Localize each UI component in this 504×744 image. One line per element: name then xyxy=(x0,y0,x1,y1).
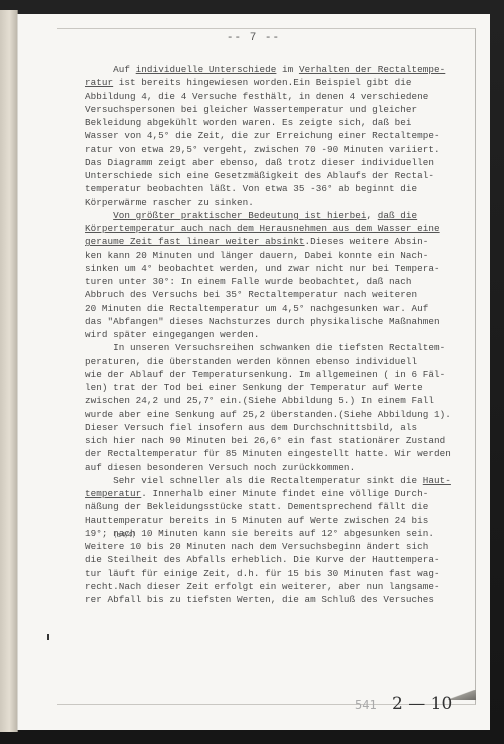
text-segment: Das Diagramm zeigt aber ebenso, daß trot… xyxy=(85,157,434,168)
text-line: sinken um 4° beobachtet werden, und zwar… xyxy=(85,262,485,275)
text-segment: zwischen 24,2 und 25,7° ein.(Siehe Abbil… xyxy=(85,395,434,406)
text-segment: sich hier nach 90 Minuten bei 26,6° ein … xyxy=(85,435,445,446)
text-segment: näßung der Bekleidungsstücke statt. Deme… xyxy=(85,501,428,512)
text-line: Abbildung 4, die 4 Versuche festhält, in… xyxy=(85,90,485,103)
text-segment: recht.Nach dieser Zeit erfolgt ein weite… xyxy=(85,581,440,592)
text-line: ken kann 20 Minuten und länger dauern, D… xyxy=(85,249,485,262)
text-segment: ratur von etwa 29,5° vergeht, zwischen 7… xyxy=(85,144,440,155)
text-line: das "Abfangen" dieses Nachsturzes durch … xyxy=(85,315,485,328)
text-segment: Sehr viel schneller als die Rectaltemper… xyxy=(85,475,423,486)
binding-strip xyxy=(0,10,18,732)
underlined-text: geraume Zeit fast linear weiter absinkt xyxy=(85,236,305,247)
text-segment: auf diesen besonderen Versuch noch zurüc… xyxy=(85,462,355,473)
text-segment: turen unter 30°: In einem Falle wurde be… xyxy=(85,276,411,287)
text-segment: das "Abfangen" dieses Nachsturzes durch … xyxy=(85,316,440,327)
text-segment: Bekleidung abgekühlt worden waren. Es ze… xyxy=(85,117,411,128)
underlined-text: Körpertemperatur auch nach dem Herausneh… xyxy=(85,223,440,234)
text-segment: .Dieses weitere Absin- xyxy=(305,236,429,247)
text-line: Körperwärme rascher zu sinken. xyxy=(85,196,485,209)
text-line: zwischen 24,2 und 25,7° ein.(Siehe Abbil… xyxy=(85,394,485,407)
text-segment: peraturen, die überstanden werden können… xyxy=(85,356,417,367)
underlined-text: daß die xyxy=(378,210,417,221)
text-line: sich hier nach 90 Minuten bei 26,6° ein … xyxy=(85,434,485,447)
text-segment: Körperwärme rascher zu sinken. xyxy=(85,197,254,208)
text-segment: Abbruch des Versuchs bei 35° Rectaltempe… xyxy=(85,289,417,300)
archive-page-stamp: 2 — 10 xyxy=(392,694,452,714)
underlined-text: ratur xyxy=(85,77,113,88)
body-text: Auf individuelle Unterschiede im Verhalt… xyxy=(85,63,485,606)
text-segment xyxy=(85,210,113,221)
text-line: Von größter praktischer Bedeutung ist hi… xyxy=(85,209,485,222)
text-segment: Versuchspersonen bei gleicher Wassertemp… xyxy=(85,104,417,115)
text-line: Versuchspersonen bei gleicher Wassertemp… xyxy=(85,103,485,116)
text-line: Sehr viel schneller als die Rectaltemper… xyxy=(85,474,485,487)
text-line: der Rectaltemperatur für 85 Minuten eing… xyxy=(85,447,485,460)
text-segment: tur läuft für einige Zeit, d.h. für 15 b… xyxy=(85,568,440,579)
text-line: tur läuft für einige Zeit, d.h. für 15 b… xyxy=(85,567,485,580)
text-segment: Wasser von 4,5° die Zeit, die zur Erreic… xyxy=(85,130,440,141)
text-line: Weitere 10 bis 20 Minuten nach dem Versu… xyxy=(85,540,485,553)
text-line: Körpertemperatur auch nach dem Herausneh… xyxy=(85,222,485,235)
document-page: -- 7 -- Auf individuelle Unterschiede im… xyxy=(17,14,490,730)
text-line: 20 Minuten die Rectaltemperatur um 4,5° … xyxy=(85,302,485,315)
margin-mark xyxy=(47,634,49,640)
text-line: len) trat der Tod bei einer Senkung der … xyxy=(85,381,485,394)
text-segment: wie der Ablauf der Temperatursenkung. Im… xyxy=(85,369,445,380)
text-segment: ist bereits hingewiesen worden.Ein Beisp… xyxy=(113,77,411,88)
text-line: wird später eingegangen werden. xyxy=(85,328,485,341)
text-line: näßung der Bekleidungsstücke statt. Deme… xyxy=(85,500,485,513)
text-segment: der Rectaltemperatur für 85 Minuten eing… xyxy=(85,448,451,459)
text-line: Wasser von 4,5° die Zeit, die zur Erreic… xyxy=(85,129,485,142)
text-line: auf diesen besonderen Versuch noch zurüc… xyxy=(85,461,485,474)
underlined-text: Haut- xyxy=(423,475,451,486)
text-segment: 19°; nach 10 Minuten kann sie bereits au… xyxy=(85,528,434,539)
text-line: turen unter 30°: In einem Falle wurde be… xyxy=(85,275,485,288)
text-segment: len) trat der Tod bei einer Senkung der … xyxy=(85,382,423,393)
text-segment: . Innerhalb einer Minute findet eine völ… xyxy=(141,488,428,499)
text-line: In unseren Versuchsreihen schwanken die … xyxy=(85,341,485,354)
text-line: die Steilheit des Abfalls erheblich. Die… xyxy=(85,553,485,566)
text-line: Abbruch des Versuchs bei 35° Rectaltempe… xyxy=(85,288,485,301)
underlined-text: Von größter praktischer Bedeutung ist hi… xyxy=(113,210,366,221)
text-segment: In unseren Versuchsreihen schwanken die … xyxy=(85,342,445,353)
text-segment: rer Abfall bis zu tiefsten Werten, die a… xyxy=(85,594,434,605)
text-line: geraume Zeit fast linear weiter absinkt.… xyxy=(85,235,485,248)
text-line: Dieser Versuch fiel insofern aus dem Dur… xyxy=(85,421,485,434)
text-segment: Hauttemperatur bereits in 5 Minuten auf … xyxy=(85,515,428,526)
text-line: 19°; nach 10 Minuten kann sie bereits au… xyxy=(85,527,485,540)
text-segment: Abbildung 4, die 4 Versuche festhält, in… xyxy=(85,91,428,102)
text-line: Auf individuelle Unterschiede im Verhalt… xyxy=(85,63,485,76)
text-segment: Weitere 10 bis 20 Minuten nach dem Versu… xyxy=(85,541,428,552)
text-line: rer Abfall bis zu tiefsten Werten, die a… xyxy=(85,593,485,606)
text-segment: im xyxy=(276,64,299,75)
text-segment: wurde aber eine Senkung auf 25,2 übersta… xyxy=(85,409,451,420)
text-segment: , xyxy=(366,210,377,221)
text-segment: temperatur beobachten läßt. Von etwa 35 … xyxy=(85,183,417,194)
text-segment: Auf xyxy=(85,64,136,75)
text-line: Bekleidung abgekühlt worden waren. Es ze… xyxy=(85,116,485,129)
underlined-text: individuelle Unterschiede xyxy=(136,64,277,75)
text-line: ratur von etwa 29,5° vergeht, zwischen 7… xyxy=(85,143,485,156)
text-line: ratur ist bereits hingewiesen worden.Ein… xyxy=(85,76,485,89)
text-segment: 20 Minuten die Rectaltemperatur um 4,5° … xyxy=(85,303,428,314)
page-number: -- 7 -- xyxy=(17,32,490,44)
text-segment: ken kann 20 Minuten und länger dauern, D… xyxy=(85,250,428,261)
text-segment: die Steilheit des Abfalls erheblich. Die… xyxy=(85,554,440,565)
text-line: temperatur beobachten läßt. Von etwa 35 … xyxy=(85,182,485,195)
text-segment: Unterschiede sich eine Gesetzmäßigkeit d… xyxy=(85,170,434,181)
text-line: peraturen, die überstanden werden können… xyxy=(85,355,485,368)
text-segment: Dieser Versuch fiel insofern aus dem Dur… xyxy=(85,422,417,433)
handwritten-annotation: (a4/4) xyxy=(114,531,135,539)
underlined-text: temperatur xyxy=(85,488,141,499)
text-segment: sinken um 4° beobachtet werden, und zwar… xyxy=(85,263,440,274)
archive-stamp-faint: 541 xyxy=(355,698,377,712)
underlined-text: Verhalten der Rectaltempe- xyxy=(299,64,445,75)
text-line: Das Diagramm zeigt aber ebenso, daß trot… xyxy=(85,156,485,169)
text-line: recht.Nach dieser Zeit erfolgt ein weite… xyxy=(85,580,485,593)
text-segment: wird später eingegangen werden. xyxy=(85,329,260,340)
text-line: temperatur. Innerhalb einer Minute finde… xyxy=(85,487,485,500)
text-line: wie der Ablauf der Temperatursenkung. Im… xyxy=(85,368,485,381)
text-line: Unterschiede sich eine Gesetzmäßigkeit d… xyxy=(85,169,485,182)
text-line: wurde aber eine Senkung auf 25,2 übersta… xyxy=(85,408,485,421)
text-line: Hauttemperatur bereits in 5 Minuten auf … xyxy=(85,514,485,527)
